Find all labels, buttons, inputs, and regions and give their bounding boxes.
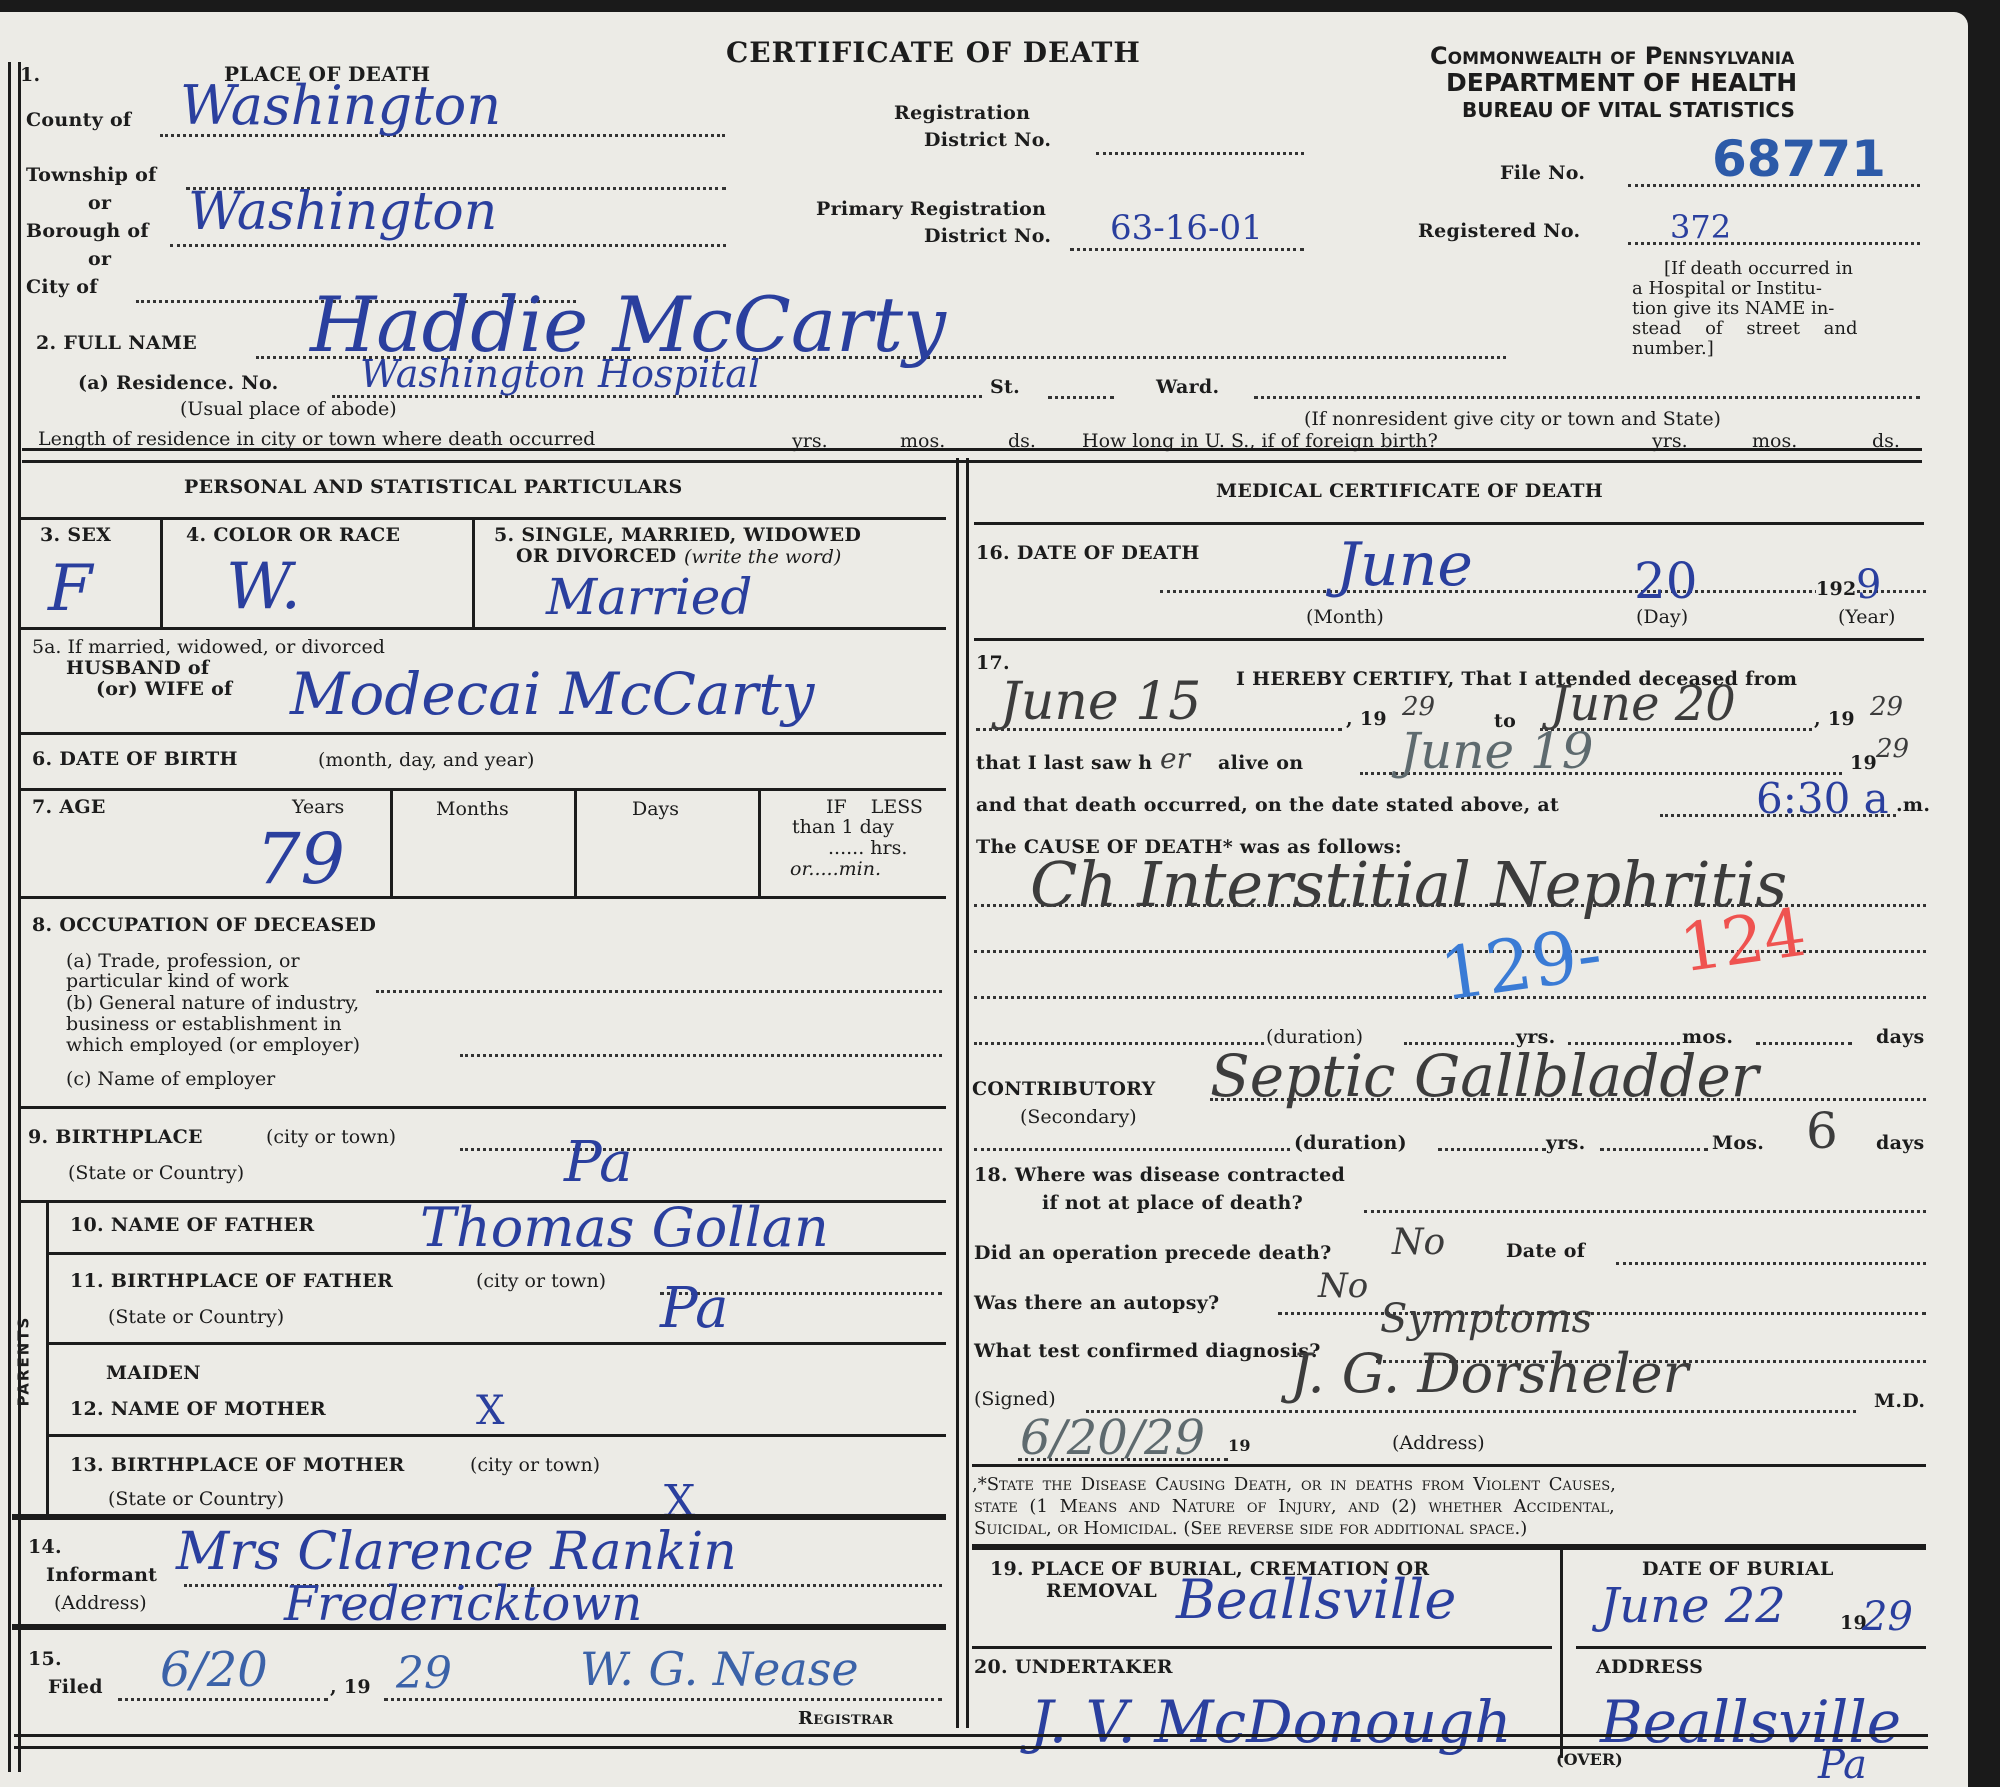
last-saw-value[interactable]: June 19 [1400, 722, 1594, 780]
last-saw-year-value[interactable]: 29 [1876, 734, 1909, 764]
file-no-label: File No. [1500, 162, 1585, 184]
certificate-title: CERTIFICATE OF DEATH [726, 36, 1141, 69]
occupation-a-1: (a) Trade, profession, or [66, 950, 300, 972]
filed-date-value[interactable]: 6/20 [160, 1642, 268, 1698]
burial-year-value[interactable]: 29 [1862, 1594, 1913, 1640]
residence-label: (a) Residence. No. [78, 372, 279, 394]
footnote-line-3: Suicidal, or Homicidal. (See reverse sid… [974, 1518, 1527, 1539]
registered-no-value[interactable]: 372 [1670, 208, 1731, 246]
race-marital-divider [472, 519, 475, 629]
birthplace-line [460, 1148, 942, 1151]
death-certificate: 1. PLACE OF DEATH CERTIFICATE OF DEATH C… [0, 12, 1968, 1787]
street-line [1048, 396, 1114, 399]
race-label: 4. COLOR OR RACE [186, 524, 400, 546]
file-no-value[interactable]: 68771 [1712, 130, 1886, 188]
burial-place-rule [972, 1646, 1552, 1649]
registrar-signature[interactable]: W. G. Nease [580, 1642, 859, 1696]
primary-district-line [1070, 248, 1304, 251]
mother-name-label: 12. NAME OF MOTHER [70, 1398, 326, 1420]
death-day-label: (Day) [1636, 606, 1688, 628]
dob-label: 6. DATE OF BIRTH [32, 748, 238, 770]
occupation-b-3: which employed (or employer) [66, 1034, 360, 1056]
marital-label-3: (write the word) [684, 546, 841, 568]
medical-heading-rule [974, 522, 1924, 525]
cause-of-death-value[interactable]: Ch Interstitial Nephritis [1030, 848, 1787, 921]
last-saw-label-1: that I last saw h [976, 752, 1152, 774]
undertaker-label: 20. UNDERTAKER [974, 1656, 1173, 1678]
father-birthplace-label: 11. BIRTHPLACE OF FATHER [70, 1270, 393, 1292]
test-confirmed-label: What test confirmed diagnosis? [974, 1340, 1321, 1362]
burial-place-value[interactable]: Beallsville [1176, 1568, 1456, 1631]
informant-label: Informant [46, 1564, 157, 1586]
attended-to-year-value[interactable]: 29 [1870, 692, 1903, 722]
duration-line-2 [974, 1148, 1290, 1151]
usual-abode-label: (Usual place of abode) [180, 398, 397, 420]
mother-name-value[interactable]: X [476, 1388, 504, 1434]
occupation-a-line [376, 990, 942, 993]
ward-label: Ward. [1156, 376, 1219, 398]
death-year-prefix: 192 [1816, 578, 1857, 600]
hospital-note-line-1: [If death occurred in [1664, 258, 1853, 279]
death-time-suffix: .m. [1896, 794, 1930, 816]
burial-top-rule [972, 1544, 1926, 1550]
or-label-2: or [88, 248, 111, 270]
contrib-yrs-label: yrs. [1546, 1132, 1586, 1154]
row-rule-4 [18, 896, 946, 899]
registration-district-line [1096, 152, 1304, 155]
county-value[interactable]: Washington [180, 74, 501, 137]
occupation-b-line [460, 1054, 942, 1057]
occupation-c: (c) Name of employer [66, 1068, 275, 1090]
burial-date-value[interactable]: June 22 [1600, 1578, 1786, 1634]
maiden-label: MAIDEN [106, 1362, 201, 1384]
autopsy-line [1278, 1312, 1926, 1315]
date-of-death-rule [974, 638, 1924, 641]
agency-bureau: BUREAU OF VITAL STATISTICS [1462, 98, 1795, 122]
filed-label: Filed [48, 1676, 103, 1698]
borough-field-line [170, 244, 726, 247]
age-col-divider-1 [390, 790, 393, 896]
informant-number: 14. [28, 1536, 62, 1558]
registration-label: Registration [894, 102, 1030, 124]
nonresident-note: (If nonresident give city or town and St… [1304, 408, 1721, 430]
personal-heading: PERSONAL AND STATISTICAL PARTICULARS [184, 476, 682, 498]
personal-heading-rule [18, 517, 946, 520]
mother-birthplace-label: 13. BIRTHPLACE OF MOTHER [70, 1454, 405, 1476]
section-number-1: 1. [20, 64, 40, 86]
operation-label: Did an operation precede death? [974, 1242, 1332, 1264]
father-name-value[interactable]: Thomas Gollan [420, 1196, 829, 1259]
parents-side-divider [46, 1202, 49, 1514]
length-residence-label: Length of residence in city or town wher… [38, 428, 595, 450]
contrib-mos-line [1600, 1148, 1708, 1151]
spouse-label-2: HUSBAND of [66, 657, 209, 679]
borough-value[interactable]: Washington [188, 182, 497, 242]
spouse-label-1: 5a. If married, widowed, or divorced [32, 636, 385, 658]
spouse-value[interactable]: Modecai McCarty [290, 660, 814, 728]
ward-line [1254, 396, 1920, 399]
race-value[interactable]: W. [226, 550, 301, 624]
occupation-a-2: particular kind of work [66, 970, 289, 992]
hospital-note-line-2: a Hospital or Institu- [1632, 278, 1822, 299]
autopsy-value[interactable]: No [1318, 1266, 1368, 1306]
autopsy-label: Was there an autopsy? [974, 1292, 1219, 1314]
death-occurred-label: and that death occurred, on the date sta… [976, 794, 1559, 816]
row-rule-1 [18, 627, 946, 630]
registration-district-label: District No. [924, 129, 1051, 151]
filed-year-value[interactable]: 29 [396, 1648, 452, 1699]
dob-sub-label: (month, day, and year) [318, 749, 534, 771]
if-less-3: ...... hrs. [828, 837, 907, 859]
filed-year-line [384, 1698, 942, 1701]
death-year-label: (Year) [1838, 606, 1895, 628]
signature-rule [972, 1464, 1926, 1467]
death-day-value[interactable]: 20 [1634, 552, 1698, 610]
row-rule-7 [48, 1252, 946, 1255]
parents-side-label: PARENTS [14, 1316, 32, 1407]
medical-heading: MEDICAL CERTIFICATE OF DEATH [1216, 480, 1603, 502]
burial-place-label-2: REMOVAL [1046, 1580, 1157, 1602]
primary-district-value[interactable]: 63-16-01 [1110, 208, 1263, 248]
birthplace-state-label: (State or Country) [68, 1162, 244, 1184]
row-rule-8 [48, 1342, 946, 1345]
informant-address-label: (Address) [54, 1592, 147, 1614]
birthplace-value[interactable]: Pa [564, 1130, 633, 1195]
contrib-days-label: days [1876, 1132, 1925, 1154]
father-state-label: (State or Country) [108, 1306, 284, 1328]
date-of-death-label: 16. DATE OF DEATH [976, 542, 1200, 564]
hospital-note-line-5: number.] [1632, 338, 1714, 359]
physician-address-label: (Address) [1392, 1432, 1485, 1454]
row-rule-3 [18, 788, 946, 791]
physician-signature[interactable]: J. G. Dorsheler [1290, 1342, 1688, 1405]
contributory-value[interactable]: Septic Gallbladder [1210, 1042, 1759, 1110]
age-years-value[interactable]: 79 [256, 818, 345, 900]
last-saw-year-prefix: 19 [1850, 752, 1877, 774]
contrib-yrs-line [1438, 1148, 1546, 1151]
death-year-value[interactable]: 9 [1856, 562, 1881, 608]
burial-col-divider [1560, 1548, 1563, 1758]
sex-value[interactable]: F [48, 552, 92, 626]
spouse-label-3: (or) WIFE of [96, 678, 233, 700]
residence-value[interactable]: Washington Hospital [360, 352, 760, 396]
occupation-label: 8. OCCUPATION OF DECEASED [32, 914, 376, 936]
age-col-divider-3 [758, 790, 761, 896]
marital-label-1: 5. SINGLE, MARRIED, WIDOWED [494, 524, 861, 546]
secondary-label: (Secondary) [1020, 1106, 1137, 1128]
death-time-value[interactable]: 6:30 a [1756, 774, 1889, 823]
age-days-label: Days [632, 798, 679, 820]
township-label: Township of [26, 164, 157, 186]
duration-days-line [1756, 1042, 1852, 1045]
duration-label-2: (duration) [1294, 1132, 1407, 1154]
last-saw-label-2: alive on [1218, 752, 1303, 774]
contributory-label: CONTRIBUTORY [972, 1078, 1156, 1100]
attended-to-year-prefix: , 19 [1814, 708, 1855, 730]
hospital-note-line-4: stead of street and [1632, 318, 1858, 339]
marital-value[interactable]: Married [546, 568, 752, 626]
filed-date-line [118, 1698, 328, 1701]
occupation-b-2: business or establishment in [66, 1013, 342, 1035]
row-rule-9 [48, 1434, 946, 1437]
mother-birthplace-sub: (city or town) [470, 1454, 600, 1476]
city-label: City of [26, 276, 98, 298]
test-confirmed-value[interactable]: Symptoms [1380, 1296, 1592, 1342]
primary-district-label: District No. [924, 225, 1051, 247]
registered-no-label: Registered No. [1418, 220, 1580, 242]
age-months-label: Months [436, 798, 509, 820]
sex-label: 3. SEX [40, 524, 111, 546]
header-divider [22, 448, 1922, 463]
row-rule-10 [12, 1514, 946, 1520]
footnote-line-2: state (1 Means and Nature of Injury, and… [974, 1496, 1615, 1517]
if-less-2: than 1 day [792, 816, 894, 838]
disease-contracted-line [1364, 1210, 1926, 1213]
borough-label: Borough of [26, 220, 149, 242]
bottom-divider [14, 1734, 1928, 1749]
burial-date-label: DATE OF BURIAL [1642, 1558, 1834, 1580]
mother-state-label: (State or Country) [108, 1488, 284, 1510]
disease-contracted-label-1: 18. Where was disease contracted [974, 1164, 1345, 1186]
date-of-death-line [1160, 590, 1926, 593]
hospital-note-line-3: tion give its NAME in- [1632, 298, 1834, 319]
row-rule-2 [18, 732, 946, 735]
disease-contracted-label-2: if not at place of death? [1042, 1192, 1303, 1214]
undertaker-address-label: ADDRESS [1596, 1656, 1703, 1678]
contrib-days-value[interactable]: 6 [1806, 1102, 1838, 1160]
marital-label-2: OR DIVORCED [516, 545, 676, 567]
attended-from-year-prefix: , 19 [1346, 708, 1387, 730]
primary-registration-label: Primary Registration [816, 198, 1046, 220]
operation-value[interactable]: No [1392, 1222, 1445, 1263]
age-years-label: Years [292, 796, 344, 818]
age-label: 7. AGE [32, 796, 106, 818]
cause-code-blue: 129- [1435, 911, 1607, 1017]
father-birthplace-value[interactable]: Pa [660, 1276, 729, 1341]
or-label-1: or [88, 192, 111, 214]
row-rule-11 [12, 1624, 946, 1630]
full-name-label: 2. FULL NAME [36, 332, 197, 354]
age-col-divider-2 [574, 790, 577, 896]
burial-date-rule [1576, 1646, 1926, 1649]
sex-race-divider [160, 519, 163, 629]
operation-date-label: Date of [1506, 1240, 1585, 1262]
agency-commonwealth: Commonwealth of Pennsylvania [1430, 42, 1794, 70]
informant-value[interactable]: Mrs Clarence Rankin [176, 1522, 737, 1582]
registrar-label: Registrar [798, 1708, 894, 1729]
filed-number: 15. [28, 1648, 62, 1670]
filed-year-prefix: , 19 [330, 1676, 371, 1698]
if-less-4: or.....min. [790, 858, 881, 880]
attended-from-year-value[interactable]: 29 [1402, 692, 1435, 722]
attended-from-value[interactable]: June 15 [1000, 672, 1201, 732]
father-name-label: 10. NAME OF FATHER [70, 1214, 314, 1236]
cause-code-red: 124 [1675, 894, 1810, 988]
street-label: St. [990, 376, 1020, 398]
last-saw-pronoun-value[interactable]: er [1160, 742, 1190, 775]
signed-year-label: 19 [1228, 1436, 1251, 1455]
row-rule-5 [18, 1106, 946, 1109]
operation-date-line [1616, 1262, 1926, 1265]
footnote-line-1: ,*State the Disease Causing Death, or in… [972, 1474, 1616, 1495]
signed-label: (Signed) [974, 1388, 1056, 1410]
signed-date-value[interactable]: 6/20/29 [1020, 1410, 1205, 1466]
contrib-mos-label: Mos. [1712, 1132, 1764, 1154]
md-label: M.D. [1874, 1390, 1925, 1412]
birthplace-sub: (city or town) [266, 1126, 396, 1148]
over-label: (OVER) [1556, 1750, 1623, 1769]
duration-days-label-1: days [1876, 1026, 1925, 1048]
certify-number: 17. [976, 652, 1010, 674]
county-label: County of [26, 109, 131, 131]
occupation-b-1: (b) General nature of industry, [66, 992, 359, 1014]
birthplace-label: 9. BIRTHPLACE [28, 1126, 203, 1148]
father-birthplace-sub: (city or town) [476, 1270, 606, 1292]
agency-department: DEPARTMENT OF HEALTH [1446, 68, 1797, 97]
center-divider [956, 458, 969, 1728]
if-less-1: IF LESS [826, 796, 923, 818]
death-month-value[interactable]: June [1336, 530, 1473, 600]
death-month-label: (Month) [1306, 606, 1384, 628]
